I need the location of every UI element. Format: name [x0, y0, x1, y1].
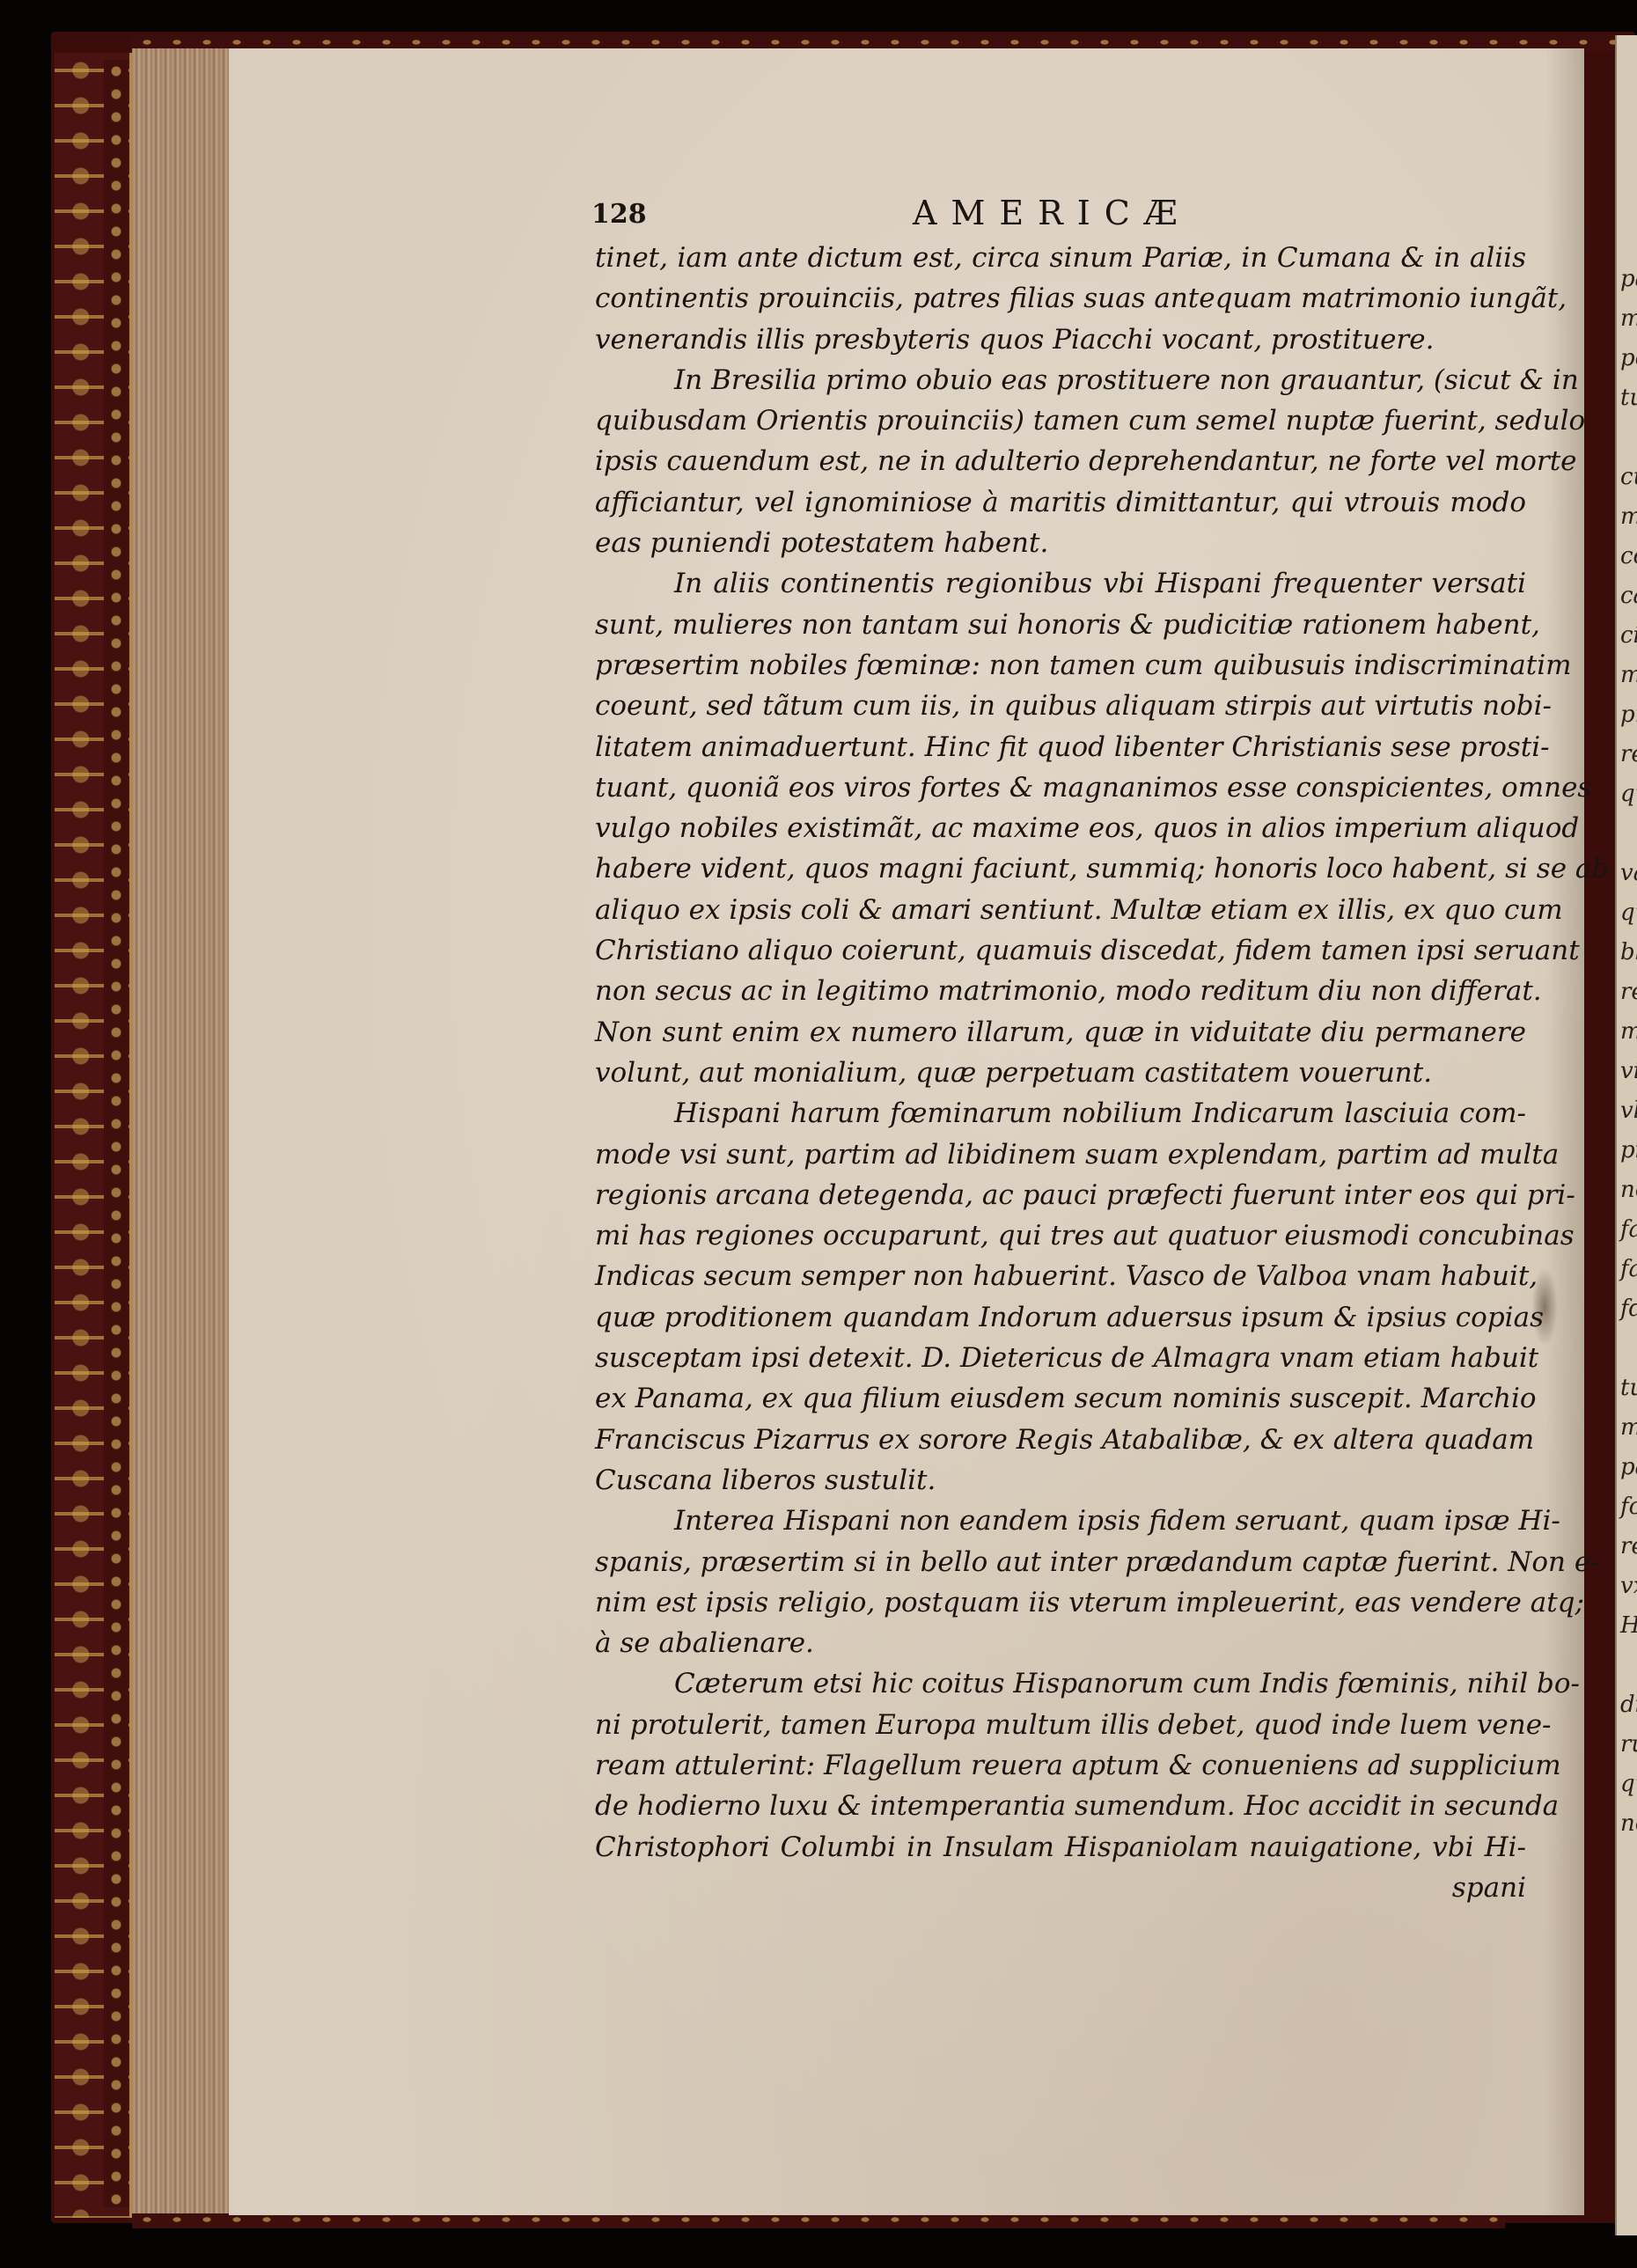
text-line: Christophori Columbi in Insulam Hispanio…: [595, 1827, 1526, 1868]
text-line: Cæterum etsi hic coitus Hispanorum cum I…: [595, 1663, 1526, 1704]
facing-text-fragment: fco: [1617, 1487, 1637, 1527]
text-line: Franciscus Pizarrus ex sorore Regis Atab…: [595, 1420, 1526, 1460]
running-title: AMERICÆ: [913, 194, 1192, 232]
text-line: mode vsi sunt, partim ad libidinem suam …: [595, 1134, 1526, 1175]
catchword: spani: [595, 1868, 1526, 1908]
text-line: mi has regiones occuparunt, qui tres aut…: [595, 1215, 1526, 1256]
facing-text-fragment: ma: [1617, 656, 1637, 695]
facing-text-fragment: nes: [1617, 1171, 1637, 1210]
facing-text-fragment: ma: [1617, 1012, 1637, 1052]
facing-text-fragment: ble: [1617, 933, 1637, 973]
text-line: tuant, quoniã eos viros fortes & magnani…: [595, 767, 1526, 808]
facing-text-fragment: vla: [1617, 1091, 1637, 1131]
text-line: ni protulerit, tamen Europa multum illis…: [595, 1705, 1526, 1745]
facing-text-fragment: me: [1617, 497, 1637, 537]
page-number: 128: [591, 199, 647, 230]
text-line: coeunt, sed tãtum cum iis, in quibus ali…: [595, 686, 1526, 726]
text-line: sunt, mulieres non tantam sui honoris & …: [595, 605, 1526, 645]
facing-text-fragment: His: [1617, 1606, 1637, 1646]
text-line: nim est ipsis religio, postquam iis vter…: [595, 1582, 1526, 1623]
text-line: à se abalienare.: [595, 1623, 1526, 1663]
facing-text-fragment: fal: [1617, 1210, 1637, 1250]
text-line: afficiantur, vel ignominiose à maritis d…: [595, 482, 1526, 523]
text-line: Interea Hispani non eandem ipsis fidem s…: [595, 1501, 1526, 1541]
facing-text-fragment: cu: [1617, 458, 1637, 497]
text-line: non secus ac in legitimo matrimonio, mod…: [595, 971, 1526, 1011]
facing-text-fragment: ma: [1617, 1408, 1637, 1448]
facing-text-fragment: qua: [1617, 1765, 1637, 1804]
text-line: In Bresilia primo obuio eas prostituere …: [595, 360, 1526, 400]
facing-text-fragment: qui: [1617, 893, 1637, 933]
text-line: venerandis illis presbyteris quos Piacch…: [595, 319, 1526, 360]
facing-text-fragment: co: [1617, 537, 1637, 576]
text-line: volunt, aut monialium, quæ perpetuam cas…: [595, 1053, 1526, 1093]
text-line: ex Panama, ex qua filium eiusdem secum n…: [595, 1378, 1526, 1419]
facing-text-fragment: val: [1617, 854, 1637, 893]
facing-text-fragment: fdo: [1617, 1289, 1637, 1329]
facing-text-fragment: ca: [1617, 576, 1637, 616]
facing-text-fragment: [1617, 814, 1637, 854]
body-text: tinet, iam ante dictum est, circa sinum …: [595, 238, 1526, 1908]
facing-text-fragment: vxo: [1617, 1567, 1637, 1606]
facing-text-fragment: pa: [1617, 260, 1637, 299]
text-line: ipsis cauendum est, ne in adulterio depr…: [595, 441, 1526, 481]
text-line: Non sunt enim ex numero illarum, quæ in …: [595, 1012, 1526, 1053]
text-line: Cuscana liberos sustulit.: [595, 1460, 1526, 1501]
text-line: litatem animaduertunt. Hinc fit quod lib…: [595, 727, 1526, 767]
facing-text-fragment: tu: [1617, 378, 1637, 418]
facing-text-fragment: po: [1617, 339, 1637, 378]
text-line: de hodierno luxu & intemperantia sumendu…: [595, 1786, 1526, 1826]
facing-text-fragment: tur.: [1617, 1369, 1637, 1408]
facing-text-fragment: patr: [1617, 1448, 1637, 1487]
facing-page-text: pamopotu cumecocacidmaprebresqua valquib…: [1617, 35, 1637, 1844]
gilt-inner-border: [104, 60, 128, 2207]
text-line: tinet, iam ante dictum est, circa sinum …: [595, 238, 1526, 278]
text-line: Christiano aliquo coierunt, quamuis disc…: [595, 930, 1526, 971]
text-line: In aliis continentis regionibus vbi Hisp…: [595, 563, 1526, 604]
text-line: spanis, præsertim si in bello aut inter …: [595, 1542, 1526, 1582]
text-line: Hispani harum fœminarum nobilium Indicar…: [595, 1093, 1526, 1134]
facing-text-fragment: vir: [1617, 1052, 1637, 1091]
facing-text-fragment: dife: [1617, 1685, 1637, 1725]
facing-text-fragment: reb: [1617, 1527, 1637, 1567]
text-line: habere vident, quos magni faciunt, summi…: [595, 848, 1526, 889]
facing-text-fragment: rum: [1617, 1725, 1637, 1765]
text-line: quæ proditionem quandam Indorum aduersus…: [595, 1297, 1526, 1338]
page-block-edge: [132, 48, 231, 2213]
facing-page: pamopotu cumecocacidmaprebresqua valquib…: [1615, 35, 1637, 2235]
facing-text-fragment: [1617, 1646, 1637, 1685]
running-head: 128 AMERICÆ: [591, 199, 1524, 234]
facing-text-fragment: mo: [1617, 299, 1637, 339]
facing-text-fragment: res: [1617, 735, 1637, 774]
facing-text-fragment: qua: [1617, 774, 1637, 814]
text-line: Indicas secum semper non habuerint. Vasc…: [595, 1256, 1526, 1296]
facing-text-fragment: fam: [1617, 1250, 1637, 1289]
text-line: susceptam ipsi detexit. D. Dietericus de…: [595, 1338, 1526, 1378]
text-line: aliquo ex ipsis coli & amari sentiunt. M…: [595, 890, 1526, 930]
text-line: regionis arcana detegenda, ac pauci præf…: [595, 1175, 1526, 1215]
text-line: ream attulerint: Flagellum reuera aptum …: [595, 1745, 1526, 1786]
text-line: continentis prouinciis, patres filias su…: [595, 278, 1526, 319]
text-line: quibusdam Orientis prouinciis) tamen cum…: [595, 400, 1526, 441]
facing-text-fragment: pia: [1617, 1131, 1637, 1171]
text-line: eas puniendi potestatem habent.: [595, 523, 1526, 563]
text-line: vulgo nobiles existimãt, ac maxime eos, …: [595, 808, 1526, 848]
facing-text-fragment: [1617, 418, 1637, 458]
facing-text-fragment: preb: [1617, 695, 1637, 735]
facing-text-fragment: [1617, 1329, 1637, 1369]
text-line: præsertim nobiles fœminæ: non tamen cum …: [595, 645, 1526, 686]
facing-text-fragment: ner: [1617, 1804, 1637, 1844]
facing-text-fragment: cid: [1617, 616, 1637, 656]
facing-text-fragment: rep: [1617, 973, 1637, 1012]
